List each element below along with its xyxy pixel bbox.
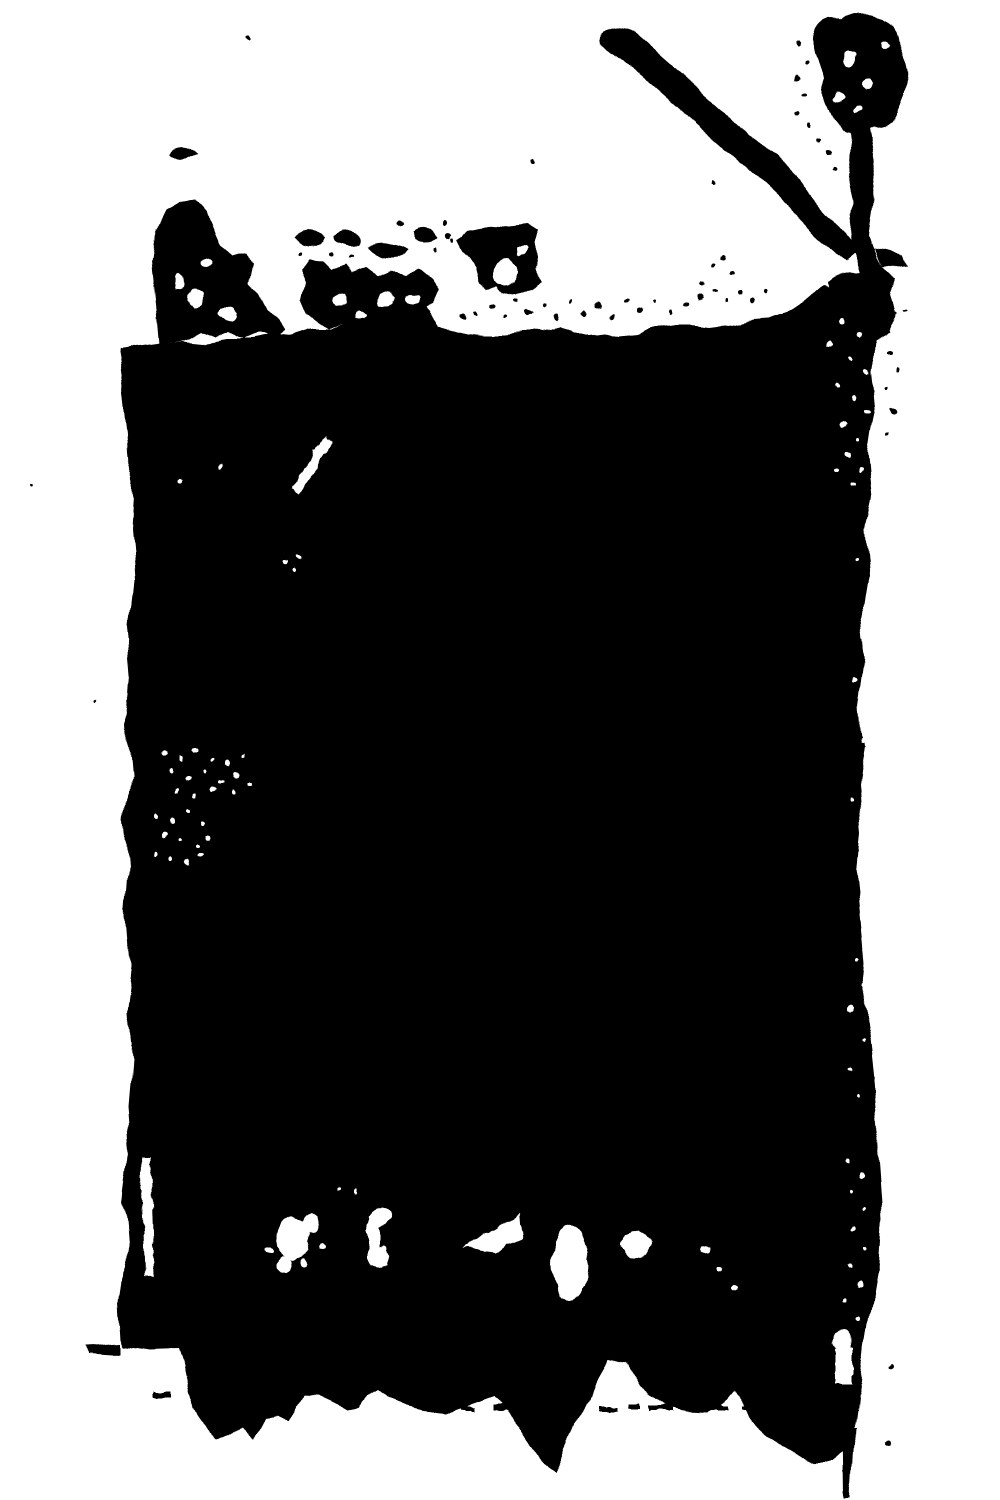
ink-bottom-left-streak (84, 1344, 122, 1356)
ink-isthmus (368, 300, 420, 344)
canvas (0, 0, 1000, 1500)
ink-main-mass (118, 282, 881, 1476)
ink-artwork (0, 0, 1000, 1500)
